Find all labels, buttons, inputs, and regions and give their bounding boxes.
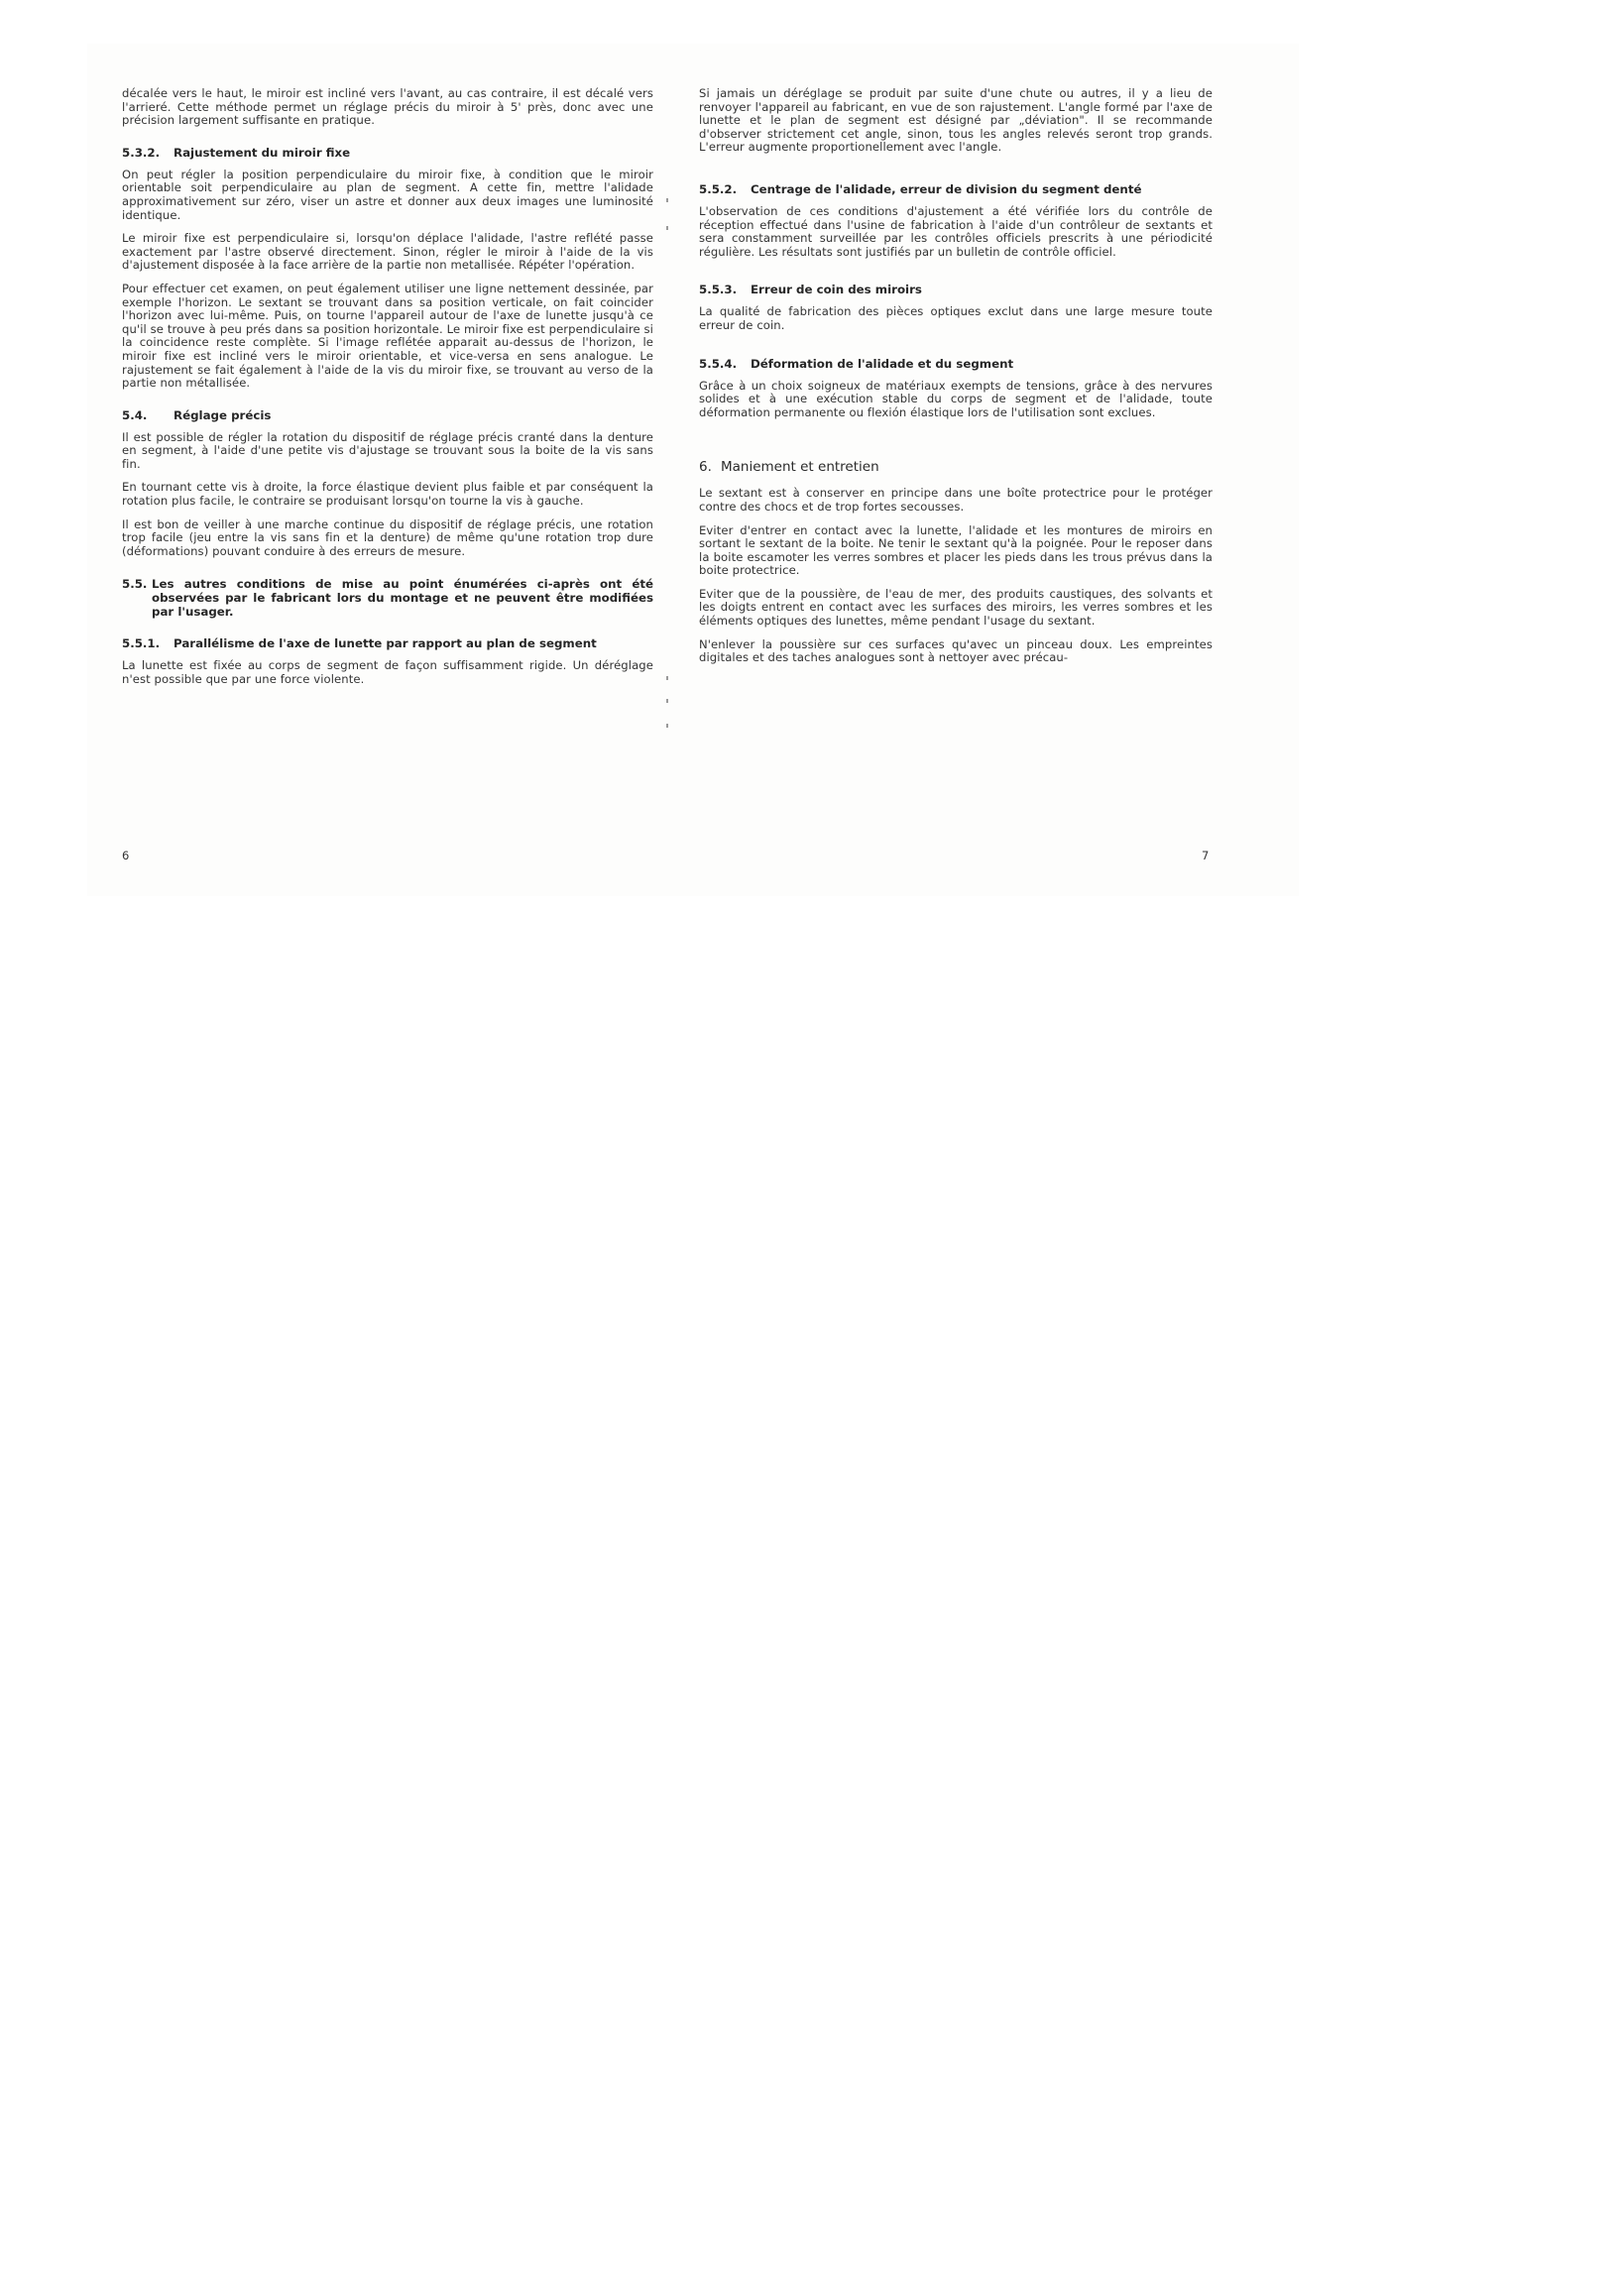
page-number-left: 6 [122,849,129,862]
section-heading-5-5-3: 5.5.3.Erreur de coin des miroirs [699,283,1213,296]
intro-paragraph: Si jamais un déréglage se produit par su… [699,87,1213,155]
section-number: 5.4. [122,408,174,422]
page-number-right: 7 [1202,849,1209,862]
scan-artifact [666,699,668,703]
section-heading-5-3-2: 5.3.2.Rajustement du miroir fixe [122,146,653,160]
paragraph: Il est possible de régler la rotation du… [122,431,653,472]
paragraph: On peut régler la position perpendiculai… [122,169,653,222]
paragraph: En tournant cette vis à droite, la force… [122,481,653,508]
section-number: 5.3.2. [122,146,174,160]
section-heading-5-4: 5.4.Réglage précis [122,408,653,422]
scan-artifact [666,226,668,230]
paragraph: L'observation de ces conditions d'ajuste… [699,205,1213,259]
paragraph: Le sextant est à conserver en principe d… [699,487,1213,514]
section-title: Rajustement du miroir fixe [174,146,350,160]
section-title: Centrage de l'alidade, erreur de divisio… [751,182,1141,196]
paragraph: La lunette est fixée au corps de segment… [122,659,653,686]
paragraph: Pour effectuer cet examen, on peut égale… [122,283,653,391]
section-heading-5-5: 5.5. Les autres conditions de mise au po… [122,578,653,619]
section-title: Déformation de l'alidade et du segment [751,357,1013,371]
scan-artifact [666,198,668,202]
left-page: décalée vers le haut, le miroir est incl… [122,87,653,696]
paragraph: Eviter d'entrer en contact avec la lunet… [699,524,1213,578]
section-heading-5-5-4: 5.5.4.Déformation de l'alidade et du seg… [699,357,1213,371]
section-number: 5.5. [122,578,152,619]
section-number: 6. [699,459,721,475]
intro-paragraph: décalée vers le haut, le miroir est incl… [122,87,653,128]
section-title: Maniement et entretien [721,459,879,475]
paragraph: La qualité de fabrication des pièces opt… [699,305,1213,332]
section-title: Les autres conditions de mise au point é… [152,578,653,619]
section-number: 5.5.4. [699,357,751,371]
paragraph: N'enlever la poussière sur ces surfaces … [699,638,1213,665]
paragraph: Le miroir fixe est perpendiculaire si, l… [122,232,653,273]
section-number: 5.5.3. [699,283,751,296]
paragraph: Il est bon de veiller à une marche conti… [122,518,653,559]
paragraph: Eviter que de la poussière, de l'eau de … [699,588,1213,629]
scan-artifact [666,676,668,680]
right-page: Si jamais un déréglage se produit par su… [699,87,1213,675]
section-title: Parallélisme de l'axe de lunette par rap… [174,636,597,650]
section-number: 5.5.2. [699,182,751,196]
section-heading-5-5-1: 5.5.1.Parallélisme de l'axe de lunette p… [122,636,653,650]
chapter-heading-6: 6.Maniement et entretien [699,459,1213,475]
scan-artifact [666,724,668,728]
section-heading-5-5-2: 5.5.2.Centrage de l'alidade, erreur de d… [699,182,1213,196]
section-number: 5.5.1. [122,636,174,650]
section-title: Réglage précis [174,408,271,422]
paragraph: Grâce à un choix soigneux de matériaux e… [699,380,1213,420]
section-title: Erreur de coin des miroirs [751,283,922,296]
